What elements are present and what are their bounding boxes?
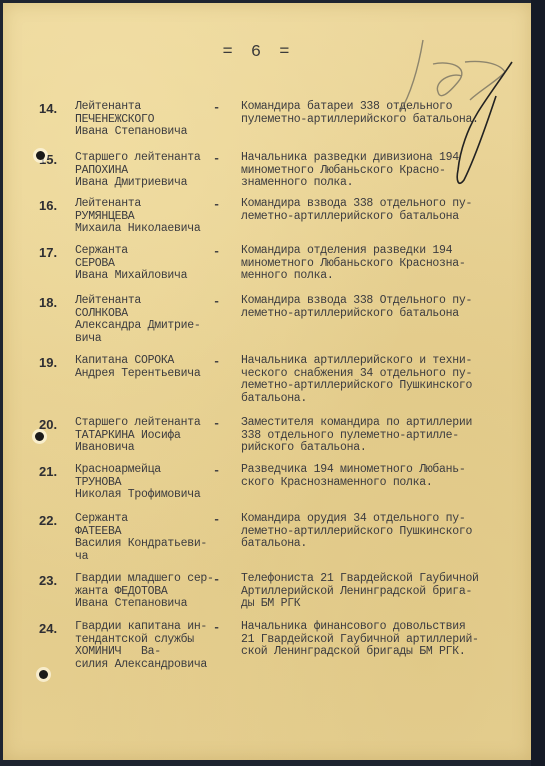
name-line: ча bbox=[75, 551, 235, 564]
description-line: леметно-артиллерийского батальона bbox=[241, 308, 491, 321]
position-description: Начальника разведки дивизиона 194миномет… bbox=[241, 152, 491, 190]
name-line: Капитана СОРОКА bbox=[75, 355, 235, 368]
recipient-name: ЛейтенантаСОЛНКОВААлександра Дмитрие-вич… bbox=[75, 295, 235, 345]
recipient-name: Старшего лейтенантаРАПОХИНАИвана Дмитрие… bbox=[75, 152, 235, 190]
position-description: Начальника артиллерийского и техни-ческо… bbox=[241, 355, 491, 405]
page-number: = 6 = bbox=[3, 43, 513, 62]
description-line: батальона. bbox=[241, 538, 491, 551]
description-line: Телефониста 21 Гвардейской Гаубичной bbox=[241, 573, 491, 586]
separator-dash: - bbox=[213, 417, 220, 431]
name-line: Сержанта bbox=[75, 513, 235, 526]
name-line: Гвардии капитана ин- bbox=[75, 621, 235, 634]
name-line: ХОМИНИЧ Ва- bbox=[75, 646, 235, 659]
separator-dash: - bbox=[213, 573, 220, 587]
separator-dash: - bbox=[213, 152, 220, 166]
position-description: Командира взвода 338 отдельного пу-лемет… bbox=[241, 198, 491, 223]
recipient-name: Капитана СОРОКААндрея Терентьевича bbox=[75, 355, 235, 380]
recipient-name: СержантаСЕРОВАИвана Михайловича bbox=[75, 245, 235, 283]
recipient-name: Старшего лейтенантаТАТАРКИНА ИосифаИвано… bbox=[75, 417, 235, 455]
description-line: Командира батареи 338 отдельного bbox=[241, 101, 491, 114]
document-page: = 6 = 14.ЛейтенантаПЕЧЕНЕЖСКОГОИвана Сте… bbox=[3, 3, 531, 760]
description-line: ской Ленинградской бригады БМ РГК. bbox=[241, 646, 491, 659]
name-line: силия Александровича bbox=[75, 659, 235, 672]
name-line: Красноармейца bbox=[75, 464, 235, 477]
separator-dash: - bbox=[213, 513, 220, 527]
entry-number: 24. bbox=[39, 621, 57, 636]
recipient-name: Гвардии капитана ин-тендантской службыХО… bbox=[75, 621, 235, 671]
name-line: Ивана Степановича bbox=[75, 126, 235, 139]
description-line: батальона. bbox=[241, 393, 491, 406]
position-description: Командира батареи 338 отдельногопулеметн… bbox=[241, 101, 491, 126]
recipient-name: ЛейтенантаРУМЯНЦЕВАМихаила Николаевича bbox=[75, 198, 235, 236]
separator-dash: - bbox=[213, 295, 220, 309]
description-line: менного полка. bbox=[241, 270, 491, 283]
position-description: Разведчика 194 минометного Любань-ского … bbox=[241, 464, 491, 489]
name-line: Старшего лейтенанта bbox=[75, 417, 235, 430]
entry-number: 23. bbox=[39, 573, 57, 588]
name-line: Михаила Николаевича bbox=[75, 223, 235, 236]
name-line: Николая Трофимовича bbox=[75, 489, 235, 502]
description-line: рийского батальона. bbox=[241, 442, 491, 455]
name-line: Ивана Степановича bbox=[75, 598, 235, 611]
description-line: Начальника финансового довольствия bbox=[241, 621, 491, 634]
name-line: Старшего лейтенанта bbox=[75, 152, 235, 165]
description-line: пулеметно-артиллерийского батальона. bbox=[241, 114, 491, 127]
position-description: Командира отделения разведки 194минометн… bbox=[241, 245, 491, 283]
description-line: Заместителя командира по артиллерии bbox=[241, 417, 491, 430]
name-line: Василия Кондратьеви- bbox=[75, 538, 235, 551]
entry-number: 21. bbox=[39, 464, 57, 479]
description-line: Начальника артиллерийского и техни- bbox=[241, 355, 491, 368]
name-line: Ивана Дмитриевича bbox=[75, 177, 235, 190]
entry-number: 20. bbox=[39, 417, 57, 432]
description-line: Начальника разведки дивизиона 194 bbox=[241, 152, 491, 165]
name-line: Лейтенанта bbox=[75, 198, 235, 211]
description-line: знаменного полка. bbox=[241, 177, 491, 190]
name-line: Сержанта bbox=[75, 245, 235, 258]
recipient-name: Гвардии младшего сер-жанта ФЕДОТОВАИвана… bbox=[75, 573, 235, 611]
name-line: Андрея Терентьевича bbox=[75, 368, 235, 381]
punch-hole bbox=[39, 670, 48, 679]
entry-number: 22. bbox=[39, 513, 57, 528]
recipient-name: СержантаФАТЕЕВАВасилия Кондратьеви-ча bbox=[75, 513, 235, 563]
name-line: Александра Дмитрие- bbox=[75, 320, 235, 333]
separator-dash: - bbox=[213, 245, 220, 259]
recipient-name: КрасноармейцаТРУНОВАНиколая Трофимовича bbox=[75, 464, 235, 502]
description-line: Командира орудия 34 отдельного пу- bbox=[241, 513, 491, 526]
description-line: ского Краснознаменного полка. bbox=[241, 477, 491, 490]
entry-number: 14. bbox=[39, 101, 57, 116]
scan-border bbox=[531, 0, 545, 766]
position-description: Начальника финансового довольствия21 Гва… bbox=[241, 621, 491, 659]
description-line: леметно-артиллерийского Пушкинского bbox=[241, 380, 491, 393]
name-line: Лейтенанта bbox=[75, 295, 235, 308]
separator-dash: - bbox=[213, 464, 220, 478]
separator-dash: - bbox=[213, 621, 220, 635]
position-description: Телефониста 21 Гвардейской ГаубичнойАрти… bbox=[241, 573, 491, 611]
description-line: Командира взвода 338 отдельного пу- bbox=[241, 198, 491, 211]
name-line: Ивановича bbox=[75, 442, 235, 455]
name-line: Гвардии младшего сер- bbox=[75, 573, 235, 586]
punch-hole bbox=[35, 432, 44, 441]
description-line: Командира взвода 338 Отдельного пу- bbox=[241, 295, 491, 308]
description-line: ды БМ РГК bbox=[241, 598, 491, 611]
name-line: Лейтенанта bbox=[75, 101, 235, 114]
name-line: Ивана Михайловича bbox=[75, 270, 235, 283]
recipient-name: ЛейтенантаПЕЧЕНЕЖСКОГОИвана Степановича bbox=[75, 101, 235, 139]
entry-number: 19. bbox=[39, 355, 57, 370]
position-description: Заместителя командира по артиллерии338 о… bbox=[241, 417, 491, 455]
description-line: Командира отделения разведки 194 bbox=[241, 245, 491, 258]
entry-number: 18. bbox=[39, 295, 57, 310]
position-description: Командира взвода 338 Отдельного пу-лемет… bbox=[241, 295, 491, 320]
description-line: Разведчика 194 минометного Любань- bbox=[241, 464, 491, 477]
entry-number: 17. bbox=[39, 245, 57, 260]
entry-number: 16. bbox=[39, 198, 57, 213]
description-line: леметно-артиллерийского батальона bbox=[241, 211, 491, 224]
separator-dash: - bbox=[213, 101, 220, 115]
name-line: вича bbox=[75, 333, 235, 346]
separator-dash: - bbox=[213, 355, 220, 369]
punch-hole bbox=[36, 151, 45, 160]
position-description: Командира орудия 34 отдельного пу-леметн… bbox=[241, 513, 491, 551]
separator-dash: - bbox=[213, 198, 220, 212]
